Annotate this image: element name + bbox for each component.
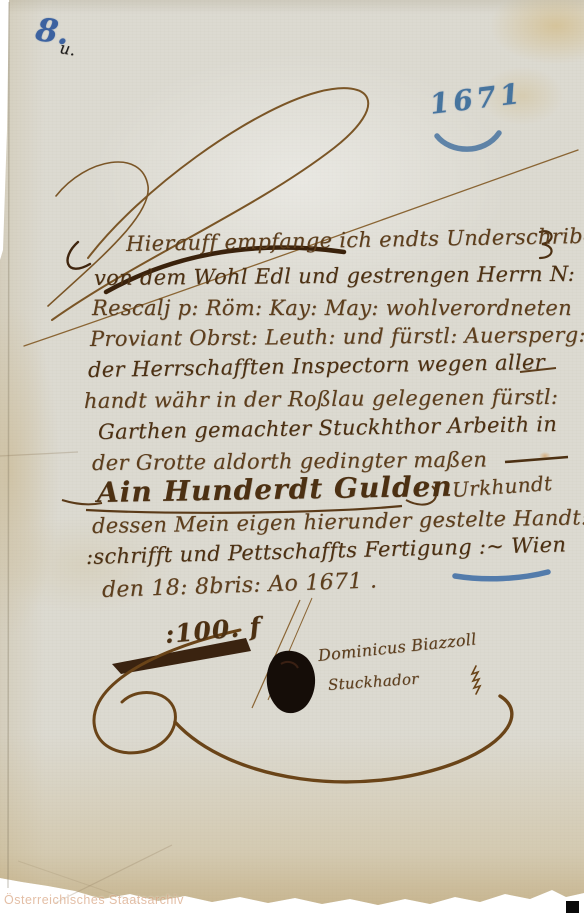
manuscript-line-3: Rescalj p: Röm: Kay: May: wohlverordnete… (92, 296, 572, 320)
manuscript-line-2: von dem Wohl Edl und gestrengen Herrn N: (94, 262, 575, 290)
archive-watermark: Österreichisches Staatsarchiv (4, 893, 184, 907)
folio-annotation: u. (58, 38, 77, 59)
manuscript-line-6: handt währ in der Roßlau gelegenen fürst… (84, 385, 558, 413)
scan-corner-mark (566, 901, 579, 913)
manuscript-scan: 8. u. 1671 Hierauff empfange ich endts U… (0, 0, 584, 917)
amount-words: Ain Hunderdt Gulden (97, 470, 453, 509)
manuscript-line-4: Proviant Obrst: Leuth: und fürstl: Auers… (90, 323, 584, 351)
